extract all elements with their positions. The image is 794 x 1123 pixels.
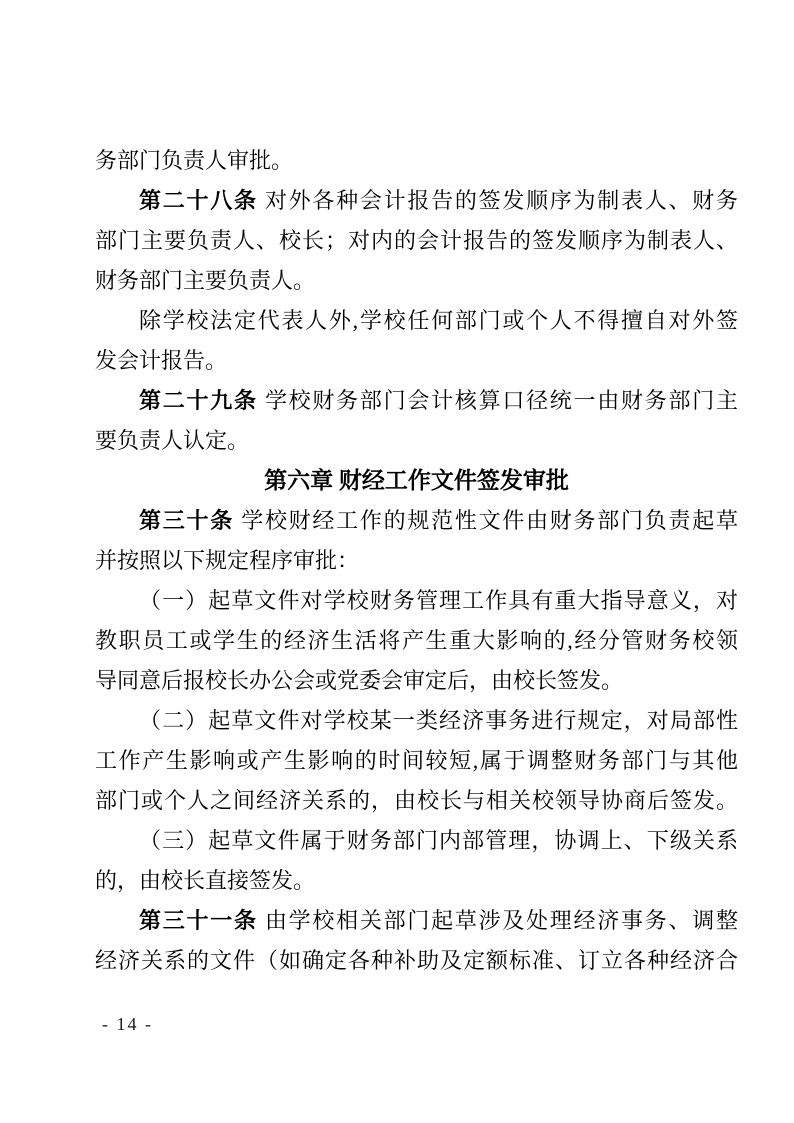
doc-line: 经济关系的文件（如确定各种补助及定额标准、订立各种经济合: [95, 941, 738, 981]
doc-text-run: 学校财务部门会计核算口径统一由财务部门主: [258, 388, 738, 413]
doc-text-run: （三）起草文件属于财务部门内部管理，协调上、下级关系: [139, 828, 738, 853]
doc-text-run: 教职员工或学生的经济生活将产生重大影响的,经分管财务校领: [95, 628, 738, 653]
doc-line: 并按照以下规定程序审批：: [95, 541, 738, 581]
doc-text-run: 部门主要负责人、校长；对内的会计报告的签发顺序为制表人、: [95, 228, 738, 253]
doc-line: 教职员工或学生的经济生活将产生重大影响的,经分管财务校领: [95, 621, 738, 661]
doc-line: （一）起草文件对学校财务管理工作具有重大指导意义，对: [95, 581, 738, 621]
doc-line: 的，由校长直接签发。: [95, 861, 738, 901]
doc-text-run: 工作产生影响或产生影响的时间较短,属于调整财务部门与其他: [95, 748, 738, 773]
doc-text-run: 除学校法定代表人外,学校任何部门或个人不得擅自对外签: [139, 308, 738, 333]
doc-text-run: （一）起草文件对学校财务管理工作具有重大指导意义，对: [139, 588, 738, 613]
document-text-block: 务部门负责人审批。第二十八条 对外各种会计报告的签发顺序为制表人、财务部门主要负…: [95, 141, 738, 981]
doc-line: （二）起草文件对学校某一类经济事务进行规定，对局部性: [95, 701, 738, 741]
doc-text-run: 并按照以下规定程序审批：: [95, 548, 359, 573]
doc-text-run: 对外各种会计报告的签发顺序为制表人、财务: [258, 188, 738, 213]
doc-line: 第二十八条 对外各种会计报告的签发顺序为制表人、财务: [95, 181, 738, 221]
doc-text-run: 学校财经工作的规范性文件由财务部门负责起草: [234, 508, 738, 533]
doc-line: 导同意后报校长办公会或党委会审定后，由校长签发。: [95, 661, 738, 701]
doc-text-run-bold: 第三十一条: [139, 908, 258, 933]
doc-text-run-bold: 第六章 财经工作文件签发审批: [264, 468, 569, 493]
doc-text-run: 导同意后报校长办公会或党委会审定后，由校长签发。: [95, 668, 623, 693]
doc-text-run: 财务部门主要负责人。: [95, 268, 315, 293]
doc-text-run: 要负责人认定。: [95, 428, 249, 453]
doc-text-run: 部门或个人之间经济关系的，由校长与相关校领导协商后签发。: [95, 788, 738, 813]
doc-line: 财务部门主要负责人。: [95, 261, 738, 301]
doc-line: 工作产生影响或产生影响的时间较短,属于调整财务部门与其他: [95, 741, 738, 781]
document-page: 务部门负责人审批。第二十八条 对外各种会计报告的签发顺序为制表人、财务部门主要负…: [0, 0, 794, 1123]
doc-line: 发会计报告。: [95, 341, 738, 381]
chapter-heading: 第六章 财经工作文件签发审批: [95, 461, 738, 501]
doc-line: 第三十条 学校财经工作的规范性文件由财务部门负责起草: [95, 501, 738, 541]
doc-line: 第三十一条 由学校相关部门起草涉及处理经济事务、调整: [95, 901, 738, 941]
doc-text-run: 的，由校长直接签发。: [95, 868, 315, 893]
doc-text-run: 务部门负责人审批。: [95, 148, 293, 173]
doc-line: 部门或个人之间经济关系的，由校长与相关校领导协商后签发。: [95, 781, 738, 821]
doc-text-run: 经济关系的文件（如确定各种补助及定额标准、订立各种经济合: [95, 948, 738, 973]
page-number: - 14 -: [102, 1012, 153, 1036]
doc-line: 部门主要负责人、校长；对内的会计报告的签发顺序为制表人、: [95, 221, 738, 261]
doc-text-run: 发会计报告。: [95, 348, 227, 373]
doc-text-run-bold: 第二十九条: [139, 388, 258, 413]
doc-line: 第二十九条 学校财务部门会计核算口径统一由财务部门主: [95, 381, 738, 421]
doc-text-run-bold: 第二十八条: [139, 188, 258, 213]
doc-line: 要负责人认定。: [95, 421, 738, 461]
doc-text-run: （二）起草文件对学校某一类经济事务进行规定，对局部性: [139, 708, 738, 733]
doc-line: （三）起草文件属于财务部门内部管理，协调上、下级关系: [95, 821, 738, 861]
doc-line: 除学校法定代表人外,学校任何部门或个人不得擅自对外签: [95, 301, 738, 341]
doc-text-run-bold: 第三十条: [139, 508, 234, 533]
doc-line: 务部门负责人审批。: [95, 141, 738, 181]
doc-text-run: 由学校相关部门起草涉及处理经济事务、调整: [258, 908, 738, 933]
